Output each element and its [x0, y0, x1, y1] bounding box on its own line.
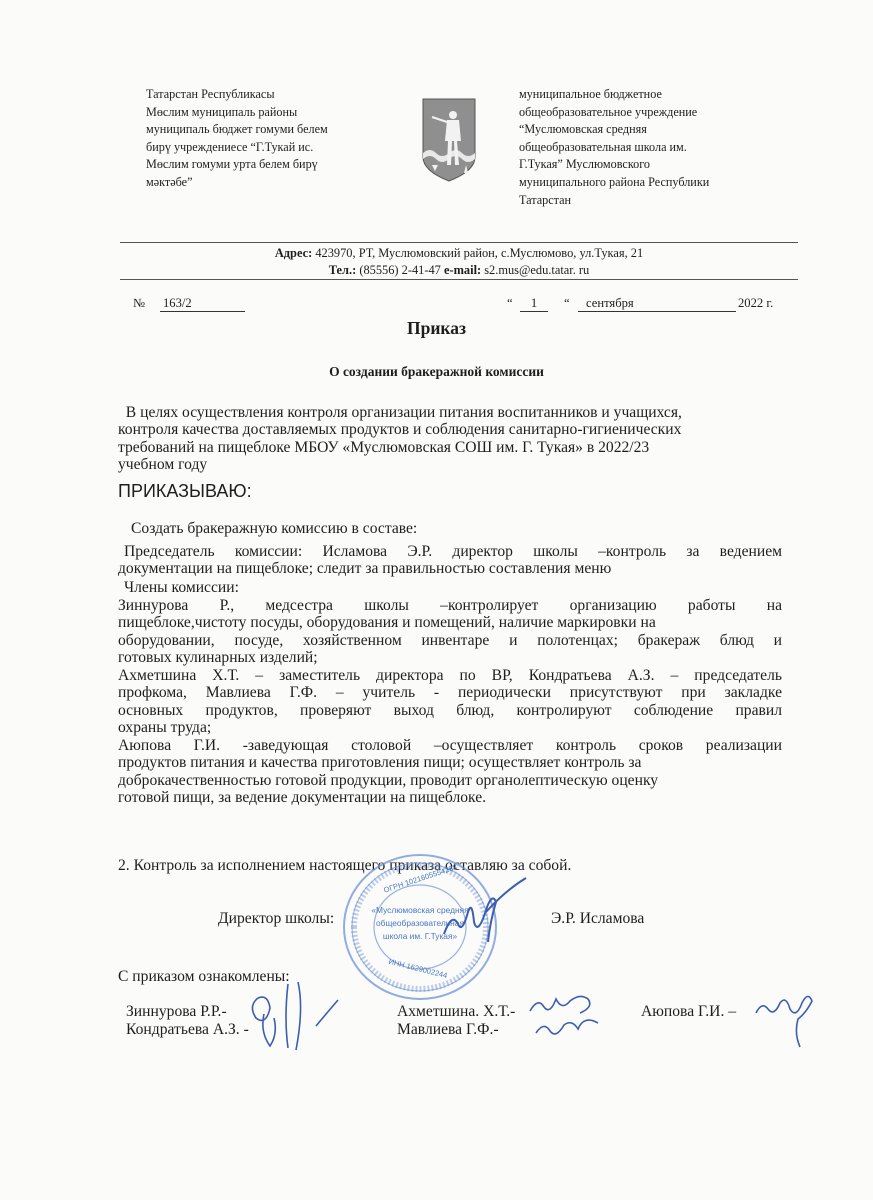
- preamble: В целях осуществления контроля организац…: [118, 404, 782, 474]
- quote-open: “: [507, 296, 513, 311]
- create-commission: Создать бракеражную комиссию в составе:: [131, 520, 795, 537]
- member-line: Зиннурова Р., медсестра школы –контролир…: [118, 597, 782, 614]
- member-line: доброкачественностью готовой продукции, …: [118, 772, 782, 789]
- member-line: готовых кулинарных изделий;: [118, 649, 782, 666]
- director-signature: [440, 872, 530, 947]
- header-divider-bottom: [120, 279, 798, 280]
- order-year: 2022 г.: [738, 296, 773, 311]
- chair-line: документации на пищеблоке; следит за пра…: [118, 560, 782, 577]
- signature-ayupova: [752, 983, 822, 1053]
- address-line: Адрес: 423970, РТ, Муслюмовский район, с…: [120, 246, 798, 261]
- order-number: 163/2: [160, 296, 245, 312]
- header-right-line: Татарстан: [519, 192, 799, 210]
- header-left-line: мәктәбе”: [146, 174, 406, 192]
- member-line: готовой пищи, за ведение документации на…: [118, 789, 782, 806]
- email-value: s2.mus@edu.tatar. ru: [481, 263, 589, 277]
- member-line: оборудовании, посуде, хозяйственном инве…: [118, 632, 782, 649]
- member-line: профкома, Мавлиева Г.Ф. – учитель - пери…: [118, 684, 782, 701]
- order-day: 1: [520, 296, 548, 312]
- chair-line: Председатель комиссии: Исламова Э.Р. дир…: [118, 543, 782, 560]
- preamble-line: учебном году: [118, 456, 782, 473]
- member-line: Ахметшина Х.Т. – заместитель директора п…: [118, 667, 782, 684]
- acknowledged-label: С приказом ознакомлены:: [118, 968, 782, 985]
- preamble-line: В целях осуществления контроля организац…: [118, 404, 782, 421]
- header-right-line: общеобразовательная школа им.: [519, 139, 799, 157]
- order-month: сентября: [578, 296, 736, 312]
- address-value: 423970, РТ, Муслюмовский район, с.Муслюм…: [312, 246, 643, 260]
- member-line: продуктов питания и качества приготовлен…: [118, 754, 782, 771]
- header-right-line: муниципальное бюджетное: [519, 86, 799, 104]
- address-label: Адрес:: [275, 246, 312, 260]
- signature-akhmetshina-mavlieva: [526, 985, 606, 1055]
- ack-person-akhmetshina: Ахметшина. Х.Т.-: [397, 1003, 515, 1020]
- order-word: ПРИКАЗЫВАЮ:: [118, 481, 252, 502]
- number-sign: №: [133, 296, 145, 311]
- phone-label: Тел.:: [329, 263, 356, 277]
- header-left-line: бирү учреждениесе “Г.Тукай ис.: [146, 139, 406, 157]
- header-tatar-block: Татарстан Республикасы Мөслим муниципаль…: [146, 86, 406, 192]
- ack-person-zinnurova: Зиннурова Р.Р.-: [126, 1003, 227, 1020]
- member-ayupova: Аюпова Г.И. -заведующая столовой –осущес…: [118, 737, 782, 807]
- chair-block: Председатель комиссии: Исламова Э.Р. дир…: [118, 543, 782, 578]
- header-right-line: “Муслюмовская средняя: [519, 121, 799, 139]
- contact-line: Тел.: (85556) 2-41-47 e-mail: s2.mus@edu…: [120, 263, 798, 278]
- header-left-line: Мөслим муниципаль районы: [146, 104, 406, 122]
- signature-zinnurova-kondratyeva: [244, 978, 344, 1058]
- member-line: Аюпова Г.И. -заведующая столовой –осущес…: [118, 737, 782, 754]
- member-line: охраны труда;: [118, 719, 782, 736]
- members-label: Члены комиссии:: [124, 579, 788, 596]
- phone-value: (85556) 2-41-47: [356, 263, 444, 277]
- header-divider-top: [120, 242, 798, 243]
- preamble-line: контроля качества доставляемых продуктов…: [118, 421, 782, 438]
- document-subtitle: О создании бракеражной комиссии: [0, 364, 873, 380]
- ack-person-kondratyeva: Кондратьева А.З. -: [126, 1021, 249, 1038]
- header-russian-block: муниципальное бюджетное общеобразователь…: [519, 86, 799, 209]
- coat-of-arms-icon: [420, 95, 478, 183]
- header-left-line: Татарстан Республикасы: [146, 86, 406, 104]
- member-akhmetshina-group: Ахметшина Х.Т. – заместитель директора п…: [118, 667, 782, 737]
- email-label: e-mail:: [444, 263, 481, 277]
- header-right-line: общеобразовательное учреждение: [519, 104, 799, 122]
- quote-close: “: [564, 296, 570, 311]
- preamble-line: требований на пищеблоке МБОУ «Муслюмовск…: [118, 439, 782, 456]
- header-right-line: Г.Тукая” Муслюмовского: [519, 156, 799, 174]
- header-left-line: муниципаль бюджет гомуми белем: [146, 121, 406, 139]
- member-zinnurova: Зиннурова Р., медсестра школы –контролир…: [118, 597, 782, 667]
- header-right-line: муниципального района Республики: [519, 174, 799, 192]
- ack-person-mavlieva: Мавлиева Г.Ф.-: [397, 1021, 499, 1038]
- member-line: пищеблоке,чистоту посуды, оборудования и…: [118, 614, 782, 631]
- director-position: Директор школы:: [218, 910, 334, 927]
- header-left-line: Мөслим гомуми урта белем бирү: [146, 156, 406, 174]
- ack-person-ayupova: Аюпова Г.И. –: [641, 1003, 736, 1020]
- document-title: Приказ: [0, 318, 873, 339]
- director-name: Э.Р. Исламова: [551, 910, 644, 927]
- member-line: основных продуктов, проверяют выход блюд…: [118, 702, 782, 719]
